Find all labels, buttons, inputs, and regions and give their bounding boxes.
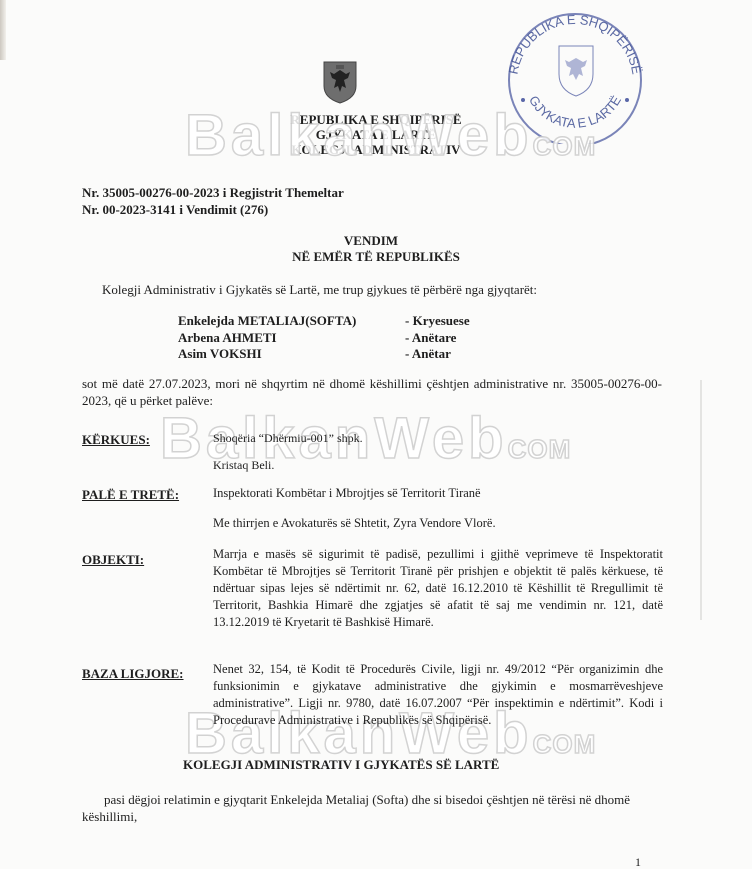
judge-name: Asim VOKSHI: [178, 346, 405, 363]
intro-text: Kolegji Administrativ i Gjykatës së Lart…: [102, 282, 537, 298]
judges-panel: Enkelejda METALIAJ(SOFTA) - Kryesuese Ar…: [178, 313, 470, 363]
value-baza-ligjore: Nenet 32, 154, të Kodit të Procedurës Ci…: [213, 661, 663, 729]
value-third-party: Inspektorati Kombëtar i Mbrojtjes së Ter…: [213, 485, 663, 502]
judge-role: - Kryesuese: [405, 313, 470, 330]
judge-name: Arbena AHMETI: [178, 330, 405, 347]
value-objekti: Marrja e masës së sigurimit të padisë, p…: [213, 546, 663, 631]
college-heading: KOLEGJI ADMINISTRATIV I GJYKATËS SË LART…: [183, 757, 499, 773]
judge-row: Arbena AHMETI - Anëtare: [178, 330, 470, 347]
stamp-bottom-text: GJYKATA E LARTË: [526, 93, 624, 131]
label-objekti: OBJEKTI:: [82, 552, 144, 568]
label-kerkues: KËRKUES:: [82, 432, 150, 448]
value-third-party-note: Me thirrjen e Avokaturës së Shtetit, Zyr…: [213, 515, 663, 532]
page-number: 1: [635, 855, 641, 869]
title-republic-name: NË EMËR TË REPUBLIKËS: [0, 249, 752, 265]
judge-row: Asim VOKSHI - Anëtar: [178, 346, 470, 363]
judge-role: - Anëtar: [405, 346, 451, 363]
judge-name: Enkelejda METALIAJ(SOFTA): [178, 313, 405, 330]
svg-text:GJYKATA E LARTË: GJYKATA E LARTË: [526, 93, 624, 131]
title-vendim: VENDIM: [0, 233, 752, 249]
decision-title: VENDIM NË EMËR TË REPUBLIKËS: [0, 233, 752, 265]
label-pale-e-trete: PALË E TRETË:: [82, 487, 179, 503]
registry-number: Nr. 35005-00276-00-2023 i Regjistrit The…: [82, 184, 344, 201]
label-baza-ligjore: BAZA LIGJORE:: [82, 666, 184, 682]
page-edge-shadow: [0, 0, 6, 60]
closing-text: pasi dëgjoi relatimin e gjyqtarit Enkele…: [82, 792, 630, 824]
decision-number: Nr. 00-2023-3141 i Vendimit (276): [82, 201, 344, 218]
closing-paragraph: pasi dëgjoi relatimin e gjyqtarit Enkele…: [82, 791, 682, 825]
judge-role: - Anëtare: [405, 330, 456, 347]
hearing-paragraph: sot më datë 27.07.2023, mori në shqyrtim…: [82, 375, 662, 409]
albanian-coat-of-arms-icon: [322, 60, 358, 104]
header-college: KOLEGJI ADMINISTRATIV: [0, 142, 752, 157]
court-stamp: REPUBLIKA E SHQIPËRISË GJYKATA E LARTË: [495, 4, 655, 144]
judge-row: Enkelejda METALIAJ(SOFTA) - Kryesuese: [178, 313, 470, 330]
case-references: Nr. 35005-00276-00-2023 i Regjistrit The…: [82, 184, 344, 218]
value-kerkues-company: Shoqëria “Dhërmiu-001” shpk.: [213, 430, 663, 447]
page-fold-line: [700, 380, 702, 620]
value-kerkues-person: Kristaq Beli.: [213, 457, 663, 474]
